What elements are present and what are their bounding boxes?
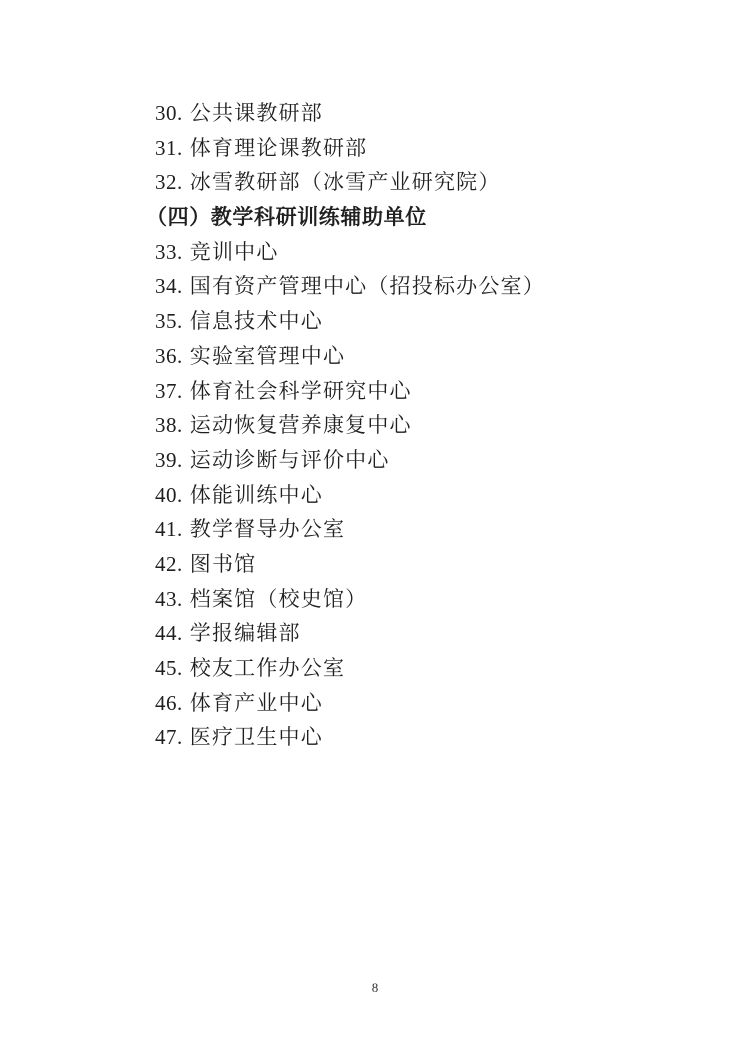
item-number: 38. [155,413,183,437]
list-item: 43.档案馆（校史馆） [0,582,750,617]
item-text: 档案馆（校史馆） [190,587,368,611]
item-number: 40. [155,483,183,507]
list-item: 47.医疗卫生中心 [0,720,750,755]
item-text: 图书馆 [190,552,257,576]
list-item: 31.体育理论课教研部 [0,131,750,166]
item-text: 国有资产管理中心（招投标办公室） [190,274,545,298]
list-item: 40.体能训练中心 [0,478,750,513]
list-item: 39.运动诊断与评价中心 [0,443,750,478]
document-body: 30.公共课教研部31.体育理论课教研部32.冰雪教研部（冰雪产业研究院） （四… [0,96,750,755]
item-number: 41. [155,517,183,541]
list-item: 36.实验室管理中心 [0,339,750,374]
item-text: 体育理论课教研部 [190,136,368,160]
item-number: 44. [155,621,183,645]
item-text: 学报编辑部 [190,621,301,645]
item-text: 体育产业中心 [190,691,323,715]
item-text: 教学督导办公室 [190,517,345,541]
list-item: 46.体育产业中心 [0,686,750,721]
item-number: 39. [155,448,183,472]
item-text: 运动诊断与评价中心 [190,448,390,472]
item-number: 34. [155,274,183,298]
item-text: 冰雪教研部（冰雪产业研究院） [190,170,501,194]
list-item: 30.公共课教研部 [0,96,750,131]
item-number: 47. [155,725,183,749]
item-text: 体能训练中心 [190,483,323,507]
item-text: 竞训中心 [190,240,279,264]
section-heading: （四）教学科研训练辅助单位 [0,200,750,235]
item-text: 运动恢复营养康复中心 [190,413,412,437]
item-number: 37. [155,379,183,403]
item-number: 32. [155,170,183,194]
list-item: 41.教学督导办公室 [0,512,750,547]
list-item: 44.学报编辑部 [0,616,750,651]
list-item: 35.信息技术中心 [0,304,750,339]
org-list-after-heading: 33.竞训中心34.国有资产管理中心（招投标办公室）35.信息技术中心36.实验… [0,235,750,755]
item-text: 公共课教研部 [190,101,323,125]
item-number: 46. [155,691,183,715]
item-number: 33. [155,240,183,264]
list-item: 37.体育社会科学研究中心 [0,374,750,409]
item-number: 43. [155,587,183,611]
item-number: 30. [155,101,183,125]
page-number: 8 [0,980,750,996]
list-item: 38.运动恢复营养康复中心 [0,408,750,443]
item-text: 实验室管理中心 [190,344,345,368]
list-item: 42.图书馆 [0,547,750,582]
document-page: { "page": { "background": "#ffffff", "te… [0,0,750,1061]
item-number: 36. [155,344,183,368]
org-list-before-heading: 30.公共课教研部31.体育理论课教研部32.冰雪教研部（冰雪产业研究院） [0,96,750,200]
item-text: 医疗卫生中心 [190,725,323,749]
item-number: 31. [155,136,183,160]
item-text: 校友工作办公室 [190,656,345,680]
list-item: 34.国有资产管理中心（招投标办公室） [0,269,750,304]
item-number: 35. [155,309,183,333]
item-number: 45. [155,656,183,680]
item-text: 信息技术中心 [190,309,323,333]
list-item: 45.校友工作办公室 [0,651,750,686]
item-number: 42. [155,552,183,576]
item-text: 体育社会科学研究中心 [190,379,412,403]
list-item: 33.竞训中心 [0,235,750,270]
list-item: 32.冰雪教研部（冰雪产业研究院） [0,165,750,200]
